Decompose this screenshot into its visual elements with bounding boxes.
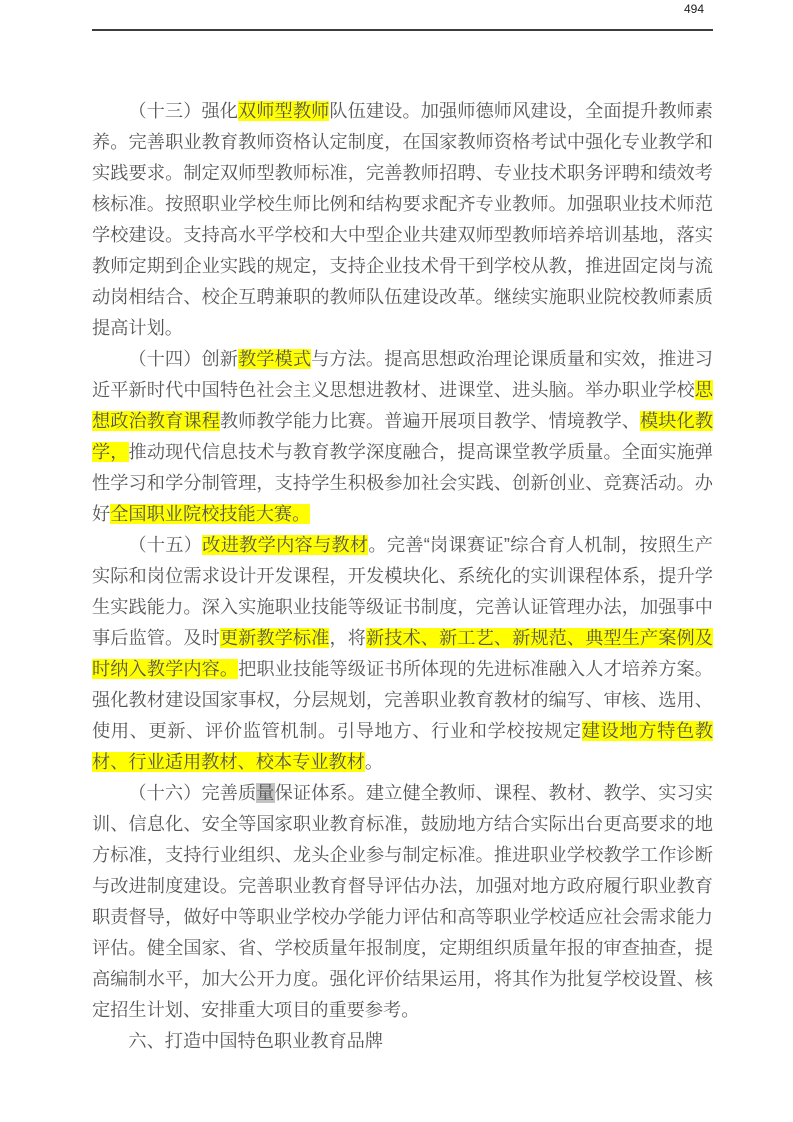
page-number: 494 [684, 2, 704, 16]
text-run: 教师教学能力比赛。普遍开展项目教学、情境教学、 [220, 411, 640, 431]
paragraph-16: （十六）完善质量保证体系。建立健全教师、课程、教材、教学、实习实训、信息化、安全… [92, 778, 713, 1026]
text-run: （十三）强化 [128, 101, 238, 121]
paragraph-13: （十三）强化双师型教师队伍建设。加强师德师风建设，全面提升教师素养。完善职业教育… [92, 96, 713, 344]
text-run: （十四）创新 [128, 349, 238, 369]
paragraph-15: （十五）改进教学内容与教材。完善“岗课赛证”综合育人机制，按照生产实际和岗位需求… [92, 530, 713, 778]
highlighted-text: 更新教学标准 [220, 628, 330, 648]
paragraph-14: （十四）创新教学模式与方法。提高思想政治理论课质量和实效，推进习近平新时代中国特… [92, 344, 713, 530]
highlighted-text: 改进教学内容与教材 [202, 535, 368, 555]
text-run: ，将 [329, 628, 366, 648]
highlighted-text: 双师型教师 [238, 101, 329, 121]
header-rule [92, 29, 713, 31]
text-run: 保证体系。建立健全教师、课程、教材、教学、实习实训、信息化、安全等国家职业教育标… [92, 783, 713, 1020]
highlighted-text: 教学模式 [238, 349, 311, 369]
document-body: （十三）强化双师型教师队伍建设。加强师德师风建设，全面提升教师素养。完善职业教育… [92, 96, 713, 1057]
gray-marked-text: 量 [256, 783, 274, 803]
text-run: 。 [365, 752, 383, 772]
highlighted-text: 全国职业院校技能大赛。 [110, 504, 310, 524]
text-run: （十六）完善质 [128, 783, 256, 803]
section-heading-6: 六、打造中国特色职业教育品牌 [92, 1026, 713, 1057]
text-run: 六、打造中国特色职业教育品牌 [128, 1031, 383, 1051]
text-run: （十五） [128, 535, 202, 555]
document-page: 494 （十三）强化双师型教师队伍建设。加强师德师风建设，全面提升教师素养。完善… [0, 0, 793, 1122]
text-run: 队伍建设。加强师德师风建设，全面提升教师素养。完善职业教育教师资格认定制度，在国… [92, 101, 713, 338]
